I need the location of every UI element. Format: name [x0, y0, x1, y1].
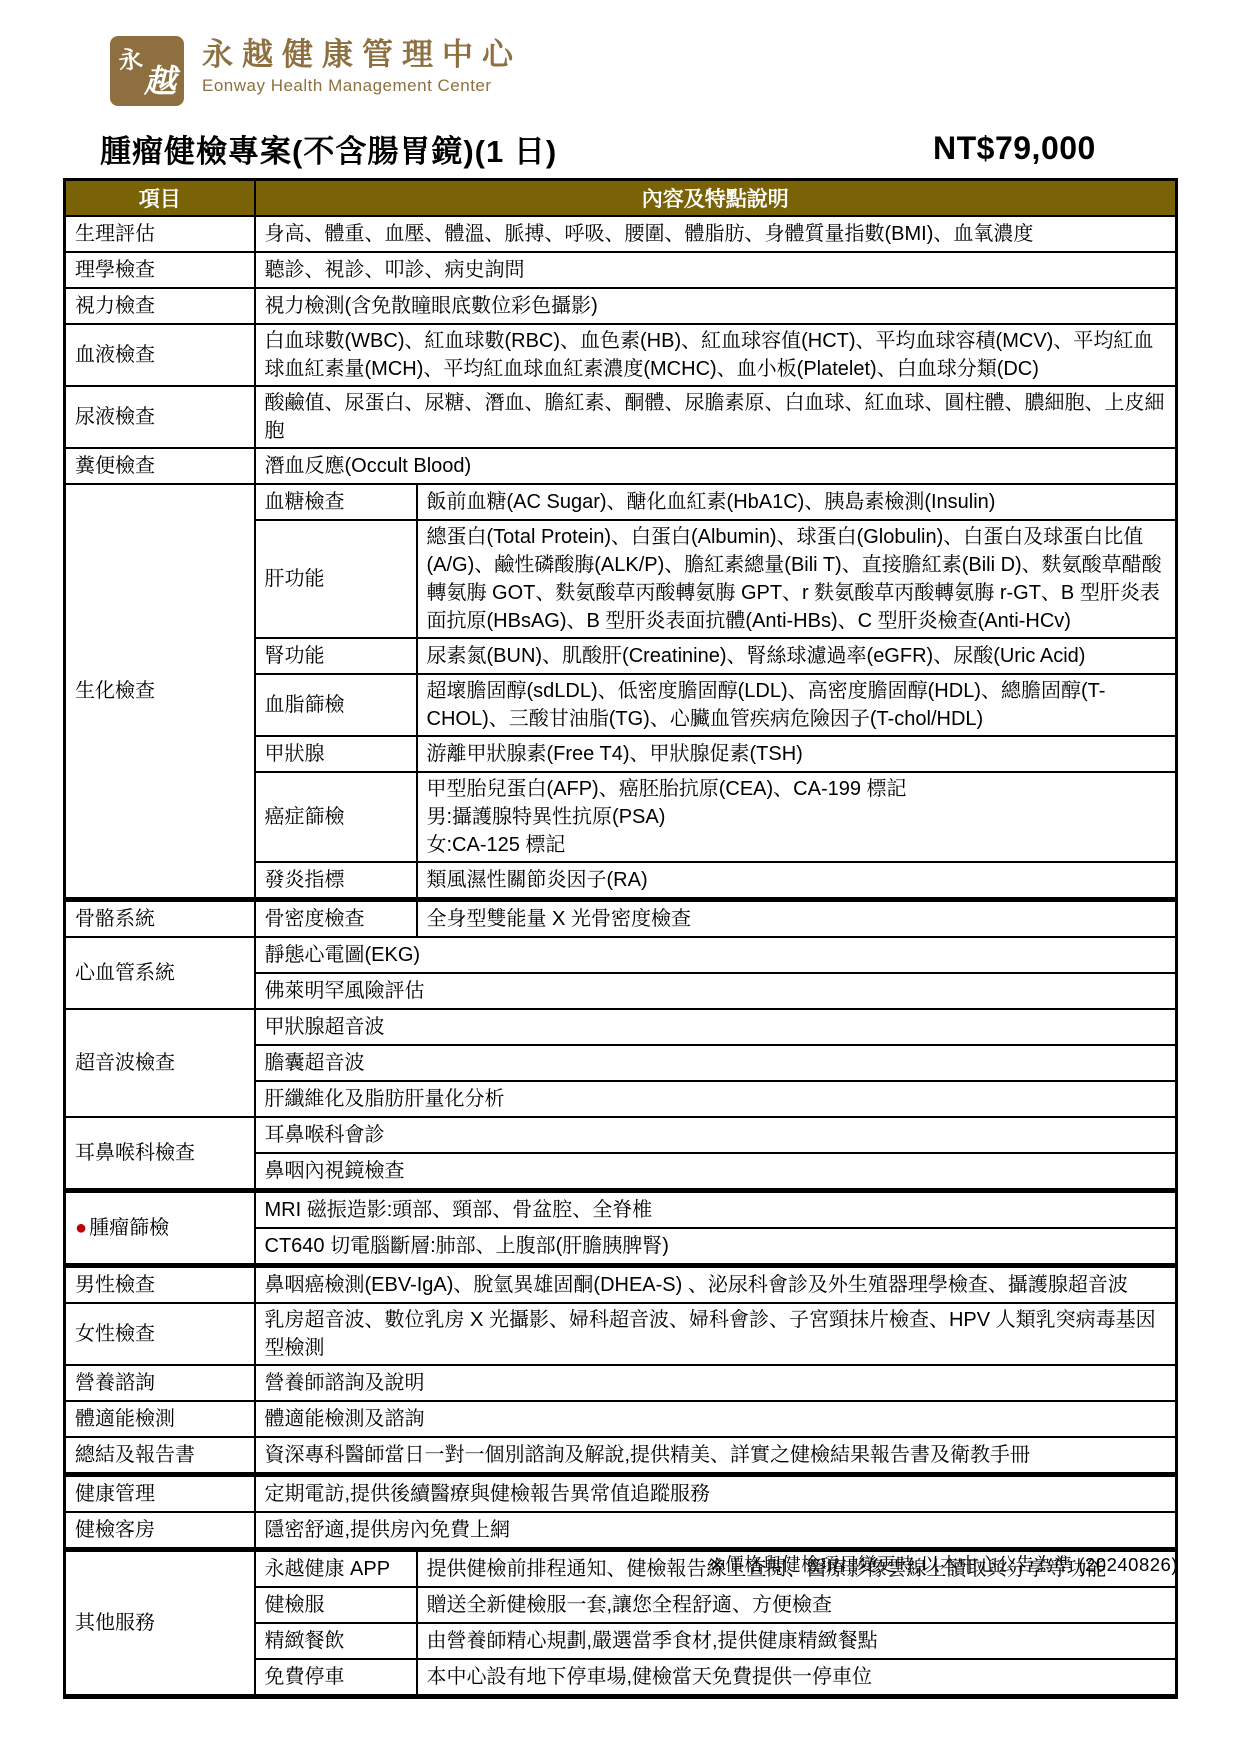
sub-label-thyroid: 甲狀腺: [255, 736, 417, 772]
sub-desc-inflammation: 類風濕性關節炎因子(RA): [417, 862, 1177, 900]
sub-desc-meal: 由營養師精心規劃,嚴選當季食材,提供健康精緻餐點: [417, 1623, 1177, 1659]
row-desc-fitness: 體適能檢測及諮詢: [255, 1401, 1177, 1437]
col-header-item: 項目: [65, 180, 255, 217]
table-row: 血液檢查 白血球數(WBC)、紅血球數(RBC)、血色素(HB)、紅血球容值(H…: [65, 324, 1177, 386]
red-dot-icon: ●: [75, 1217, 87, 1239]
row-label-fitness: 體適能檢測: [65, 1401, 255, 1437]
row-label-summary: 總結及報告書: [65, 1437, 255, 1475]
ent-line-consult: 耳鼻喉科會診: [255, 1117, 1177, 1153]
table-row: ●腫瘤篩檢 MRI 磁振造影:頭部、頸部、骨盆腔、全脊椎: [65, 1191, 1177, 1229]
ultrasound-line-thyroid: 甲狀腺超音波: [255, 1009, 1177, 1045]
table-row: 總結及報告書 資深專科醫師當日一對一個別諮詢及解說,提供精美、詳實之健檢結果報告…: [65, 1437, 1177, 1475]
brand-text: 永越健康管理中心 Eonway Health Management Center: [202, 36, 522, 96]
brand-logo-seal-icon: 永 越: [110, 36, 184, 106]
row-desc-vision: 視力檢測(含免散瞳眼底數位彩色攝影): [255, 288, 1177, 324]
sub-label-gown: 健檢服: [255, 1587, 417, 1623]
tumor-line-ct: CT640 切電腦斷層:肺部、上腹部(肝膽胰脾腎): [255, 1228, 1177, 1266]
row-desc-room: 隱密舒適,提供房內免費上網: [255, 1512, 1177, 1550]
row-label-ent: 耳鼻喉科檢查: [65, 1117, 255, 1191]
seal-char-2: 越: [144, 56, 176, 102]
sub-label-liver: 肝功能: [255, 520, 417, 638]
sub-desc-kidney: 尿素氮(BUN)、肌酸肝(Creatinine)、腎絲球濾過率(eGFR)、尿酸…: [417, 638, 1177, 674]
table-row: 骨骼系統 骨密度檢查 全身型雙能量 X 光骨密度檢查: [65, 900, 1177, 938]
sub-desc-cancer: 甲型胎兒蛋白(AFP)、癌胚胎抗原(CEA)、CA-199 標記 男:攝護腺特異…: [417, 772, 1177, 862]
tumor-line-mri: MRI 磁振造影:頭部、頸部、骨盆腔、全脊椎: [255, 1191, 1177, 1229]
row-label-stool: 糞便檢查: [65, 448, 255, 484]
row-label-room: 健檢客房: [65, 1512, 255, 1550]
cardio-line-ekg: 靜態心電圖(EKG): [255, 937, 1177, 973]
row-desc-blood: 白血球數(WBC)、紅血球數(RBC)、血色素(HB)、紅血球容值(HCT)、平…: [255, 324, 1177, 386]
sub-label-meal: 精緻餐飲: [255, 1623, 417, 1659]
seal-char-1: 永: [116, 39, 145, 77]
row-label-cardio: 心血管系統: [65, 937, 255, 1009]
row-desc-physio: 身高、體重、血壓、體溫、脈搏、呼吸、腰圍、體脂肪、身體質量指數(BMI)、血氧濃…: [255, 216, 1177, 252]
row-desc-female: 乳房超音波、數位乳房 X 光攝影、婦科超音波、婦科會診、子宮頸抹片檢查、HPV …: [255, 1303, 1177, 1365]
table-row: 健康管理 定期電訪,提供後續醫療與健檢報告異常值追蹤服務: [65, 1475, 1177, 1513]
table-row: 體適能檢測 體適能檢測及諮詢: [65, 1401, 1177, 1437]
sub-label-bone-density: 骨密度檢查: [255, 900, 417, 938]
sub-label-app: 永越健康 APP: [255, 1550, 417, 1588]
sub-desc-thyroid: 游離甲狀腺素(Free T4)、甲狀腺促素(TSH): [417, 736, 1177, 772]
table-row: 尿液檢查 酸鹼值、尿蛋白、尿糖、潛血、膽紅素、酮體、尿膽素原、白血球、紅血球、圓…: [65, 386, 1177, 448]
sub-label-cancer: 癌症篩檢: [255, 772, 417, 862]
ultrasound-line-liver-fibrosis: 肝纖維化及脂肪肝量化分析: [255, 1081, 1177, 1117]
sub-desc-bone-density: 全身型雙能量 X 光骨密度檢查: [417, 900, 1177, 938]
ultrasound-line-gallbladder: 膽囊超音波: [255, 1045, 1177, 1081]
sub-desc-lipid: 超壞膽固醇(sdLDL)、低密度膽固醇(LDL)、高密度膽固醇(HDL)、總膽固…: [417, 674, 1177, 736]
row-desc-summary: 資深專科醫師當日一對一個別諮詢及解說,提供精美、詳實之健檢結果報告書及衛教手冊: [255, 1437, 1177, 1475]
price-label: NT$79,000: [933, 130, 1096, 167]
row-label-tumor: ●腫瘤篩檢: [65, 1191, 255, 1266]
row-label-ultrasound: 超音波檢查: [65, 1009, 255, 1117]
row-desc-physical: 聽診、視診、叩診、病史詢問: [255, 252, 1177, 288]
table-row: 超音波檢查 甲狀腺超音波: [65, 1009, 1177, 1045]
row-desc-stool: 潛血反應(Occult Blood): [255, 448, 1177, 484]
row-label-tumor-text: 腫瘤篩檢: [89, 1217, 169, 1239]
ent-line-endoscope: 鼻咽內視鏡檢查: [255, 1153, 1177, 1191]
row-label-biochem: 生化檢查: [65, 484, 255, 900]
row-desc-male: 鼻咽癌檢測(EBV-IgA)、脫氫異雄固酮(DHEA-S) 、泌尿科會診及外生殖…: [255, 1266, 1177, 1304]
document-page: 永 越 永越健康管理中心 Eonway Health Management Ce…: [0, 0, 1241, 1755]
row-label-others: 其他服務: [65, 1550, 255, 1697]
row-desc-health-mgmt: 定期電訪,提供後續醫療與健檢報告異常值追蹤服務: [255, 1475, 1177, 1513]
table-row: 糞便檢查 潛血反應(Occult Blood): [65, 448, 1177, 484]
table-row: 心血管系統 靜態心電圖(EKG): [65, 937, 1177, 973]
sub-label-lipid: 血脂篩檢: [255, 674, 417, 736]
row-label-female: 女性檢查: [65, 1303, 255, 1365]
table-row: 營養諮詢 營養師諮詢及說明: [65, 1365, 1177, 1401]
table-row: 健檢客房 隱密舒適,提供房內免費上網: [65, 1512, 1177, 1550]
row-label-vision: 視力檢查: [65, 288, 255, 324]
table-row: 生理評估 身高、體重、血壓、體溫、脈搏、呼吸、腰圍、體脂肪、身體質量指數(BMI…: [65, 216, 1177, 252]
row-label-health-mgmt: 健康管理: [65, 1475, 255, 1513]
table-row: 生化檢查 血糖檢查 飯前血糖(AC Sugar)、醣化血紅素(HbA1C)、胰島…: [65, 484, 1177, 520]
row-label-bone: 骨骼系統: [65, 900, 255, 938]
sub-label-kidney: 腎功能: [255, 638, 417, 674]
row-desc-nutrition: 營養師諮詢及說明: [255, 1365, 1177, 1401]
brand-name-zh: 永越健康管理中心: [202, 38, 522, 72]
row-label-nutrition: 營養諮詢: [65, 1365, 255, 1401]
table-row: 耳鼻喉科檢查 耳鼻喉科會診: [65, 1117, 1177, 1153]
sub-desc-parking: 本中心設有地下停車場,健檢當天免費提供一停車位: [417, 1659, 1177, 1697]
table-row: 女性檢查 乳房超音波、數位乳房 X 光攝影、婦科超音波、婦科會診、子宮頸抹片檢查…: [65, 1303, 1177, 1365]
page-title: 腫瘤健檢專案(不含腸胃鏡)(1 日): [100, 126, 557, 171]
row-label-urine: 尿液檢查: [65, 386, 255, 448]
col-header-desc: 內容及特點說明: [255, 180, 1177, 217]
row-label-physio: 生理評估: [65, 216, 255, 252]
row-label-physical: 理學檢查: [65, 252, 255, 288]
table-row: 視力檢查 視力檢測(含免散瞳眼底數位彩色攝影): [65, 288, 1177, 324]
row-label-male: 男性檢查: [65, 1266, 255, 1304]
sub-label-parking: 免費停車: [255, 1659, 417, 1697]
sub-label-inflammation: 發炎指標: [255, 862, 417, 900]
package-table: 項目 內容及特點說明 生理評估 身高、體重、血壓、體溫、脈搏、呼吸、腰圍、體脂肪…: [63, 178, 1178, 1699]
brand-header: 永 越 永越健康管理中心 Eonway Health Management Ce…: [110, 36, 522, 106]
footer-note: ※價格與健檢項目變更時,以本中心公告為準 (20240826): [709, 1551, 1178, 1577]
table-row: 男性檢查 鼻咽癌檢測(EBV-IgA)、脫氫異雄固酮(DHEA-S) 、泌尿科會…: [65, 1266, 1177, 1304]
sub-desc-gown: 贈送全新健檢服一套,讓您全程舒適、方便檢查: [417, 1587, 1177, 1623]
brand-name-en: Eonway Health Management Center: [202, 76, 522, 96]
row-desc-urine: 酸鹼值、尿蛋白、尿糖、潛血、膽紅素、酮體、尿膽素原、白血球、紅血球、圓柱體、膿細…: [255, 386, 1177, 448]
sub-desc-glucose: 飯前血糖(AC Sugar)、醣化血紅素(HbA1C)、胰島素檢測(Insuli…: [417, 484, 1177, 520]
cardio-line-framingham: 佛萊明罕風險評估: [255, 973, 1177, 1009]
table-row: 理學檢查 聽診、視診、叩診、病史詢問: [65, 252, 1177, 288]
row-label-blood: 血液檢查: [65, 324, 255, 386]
sub-label-glucose: 血糖檢查: [255, 484, 417, 520]
sub-desc-liver: 總蛋白(Total Protein)、白蛋白(Albumin)、球蛋白(Glob…: [417, 520, 1177, 638]
